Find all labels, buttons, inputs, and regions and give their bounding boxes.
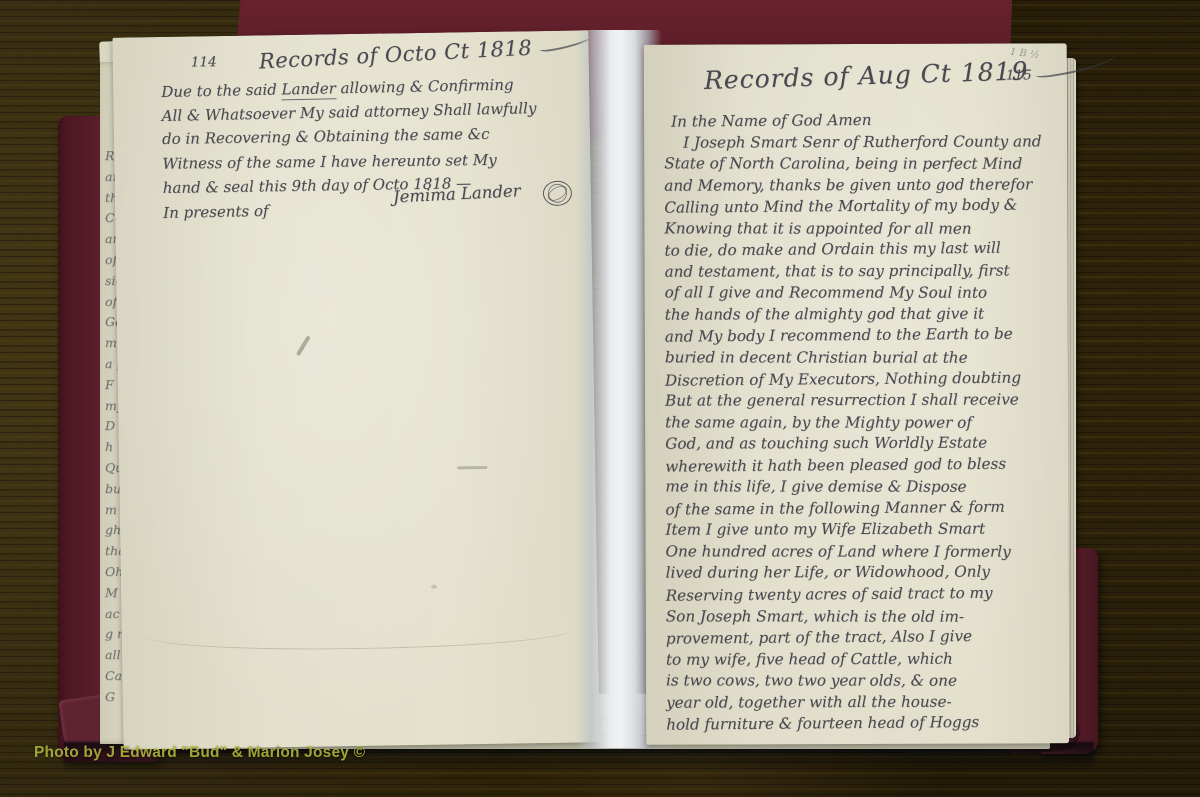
underlined-word: Lander [281, 79, 336, 100]
handwritten-line: Item I give unto my Wife Elizabeth Smart [665, 519, 1042, 542]
handwritten-line: Knowing that it is appointed for all men [664, 218, 1041, 240]
left-page: 114 Records of Octo Ct 1818 Due to the s… [112, 30, 599, 749]
handwritten-line: Reserving twenty acres of said tract to … [666, 582, 1044, 607]
ink-seal-scribble [543, 181, 572, 206]
ink-smudge [431, 585, 437, 589]
ink-smudge [457, 466, 487, 469]
right-page-header: Records of Aug Ct 1819 [704, 54, 1119, 95]
handwritten-line: I Joseph Smart Senr of Rutherford County… [683, 131, 1041, 154]
handwritten-line: One hundred acres of Land where I former… [666, 541, 1043, 563]
handwritten-line: the hands of the almighty god that give … [665, 303, 1042, 326]
handwritten-line: Witness of the same I have hereunto set … [162, 147, 537, 176]
handwritten-line: But at the general resurrection I shall … [665, 389, 1042, 412]
handwritten-line: State of North Carolina, being in perfec… [664, 153, 1041, 175]
handwritten-line: provement, part of the tract, Also I giv… [666, 625, 1044, 650]
handwritten-line: wherewith it hath been pleased god to bl… [665, 453, 1043, 478]
photo-of-record-book: 113 RwandtheCoandof lsickofGomita gFmyDh… [0, 0, 1200, 797]
handwritten-line: to my wife, five head of Cattle, which [666, 648, 1043, 671]
handwritten-line: lived during her Life, or Widowhood, Onl… [666, 562, 1043, 585]
right-page: 1 B ½ 115 Records of Aug Ct 1819 In the … [644, 43, 1069, 744]
right-page-body-lines: In the Name of God AmenI Joseph Smart Se… [664, 109, 1044, 735]
pen-flourish [1033, 49, 1119, 79]
right-page-header-text: Records of Aug Ct 1819 [704, 56, 1029, 95]
handwritten-line: year old, together with all the house- [666, 691, 1043, 714]
handwritten-line: Son Joseph Smart, which is the old im- [666, 606, 1043, 628]
handwritten-line: to die, do make and Ordain this my last … [664, 238, 1042, 263]
page-number-114: 114 [191, 54, 217, 70]
handwritten-line: is two cows, two two year olds, & one [666, 671, 1043, 693]
handwritten-line: God, and as touching such Worldly Estate [665, 433, 1042, 456]
page-crease [144, 611, 574, 653]
handwritten-line: and testament, that is to say principall… [665, 260, 1042, 283]
handwritten-line: buried in decent Christian burial at the [665, 347, 1042, 369]
line-text: allowing & Confirming [336, 76, 514, 98]
handwritten-line: of the same in the following Manner & fo… [665, 496, 1043, 521]
handwritten-line: Calling unto Mind the Mortality of my bo… [664, 195, 1042, 220]
handwritten-line: me in this life, I give demise & Dispose [665, 477, 1042, 499]
left-page-header: Records of Octo Ct 1818 [258, 32, 602, 73]
left-page-header-text: Records of Octo Ct 1818 [258, 36, 532, 74]
handwritten-line: Discretion of My Executors, Nothing doub… [665, 367, 1043, 392]
handwritten-line: and Memory, thanks be given unto god the… [664, 174, 1041, 197]
line-text: Due to the said [161, 80, 282, 101]
handwritten-line: of all I give and Recommend My Soul into [665, 283, 1042, 305]
handwritten-line: the same again, by the Mighty power of [665, 412, 1042, 434]
handwritten-line: In the Name of God Amen [671, 108, 1042, 133]
photographer-watermark: Photo by J Edward "Bud" & Marion Josey © [34, 744, 365, 762]
handwritten-line: and My body I recommend to the Earth to … [665, 324, 1043, 349]
handwritten-line: hold furniture & fourteen head of Hoggs [666, 712, 1044, 737]
left-page-body-lines: All & Whatsoever My said attorney Shall … [161, 97, 538, 224]
ink-smudge [296, 335, 311, 356]
